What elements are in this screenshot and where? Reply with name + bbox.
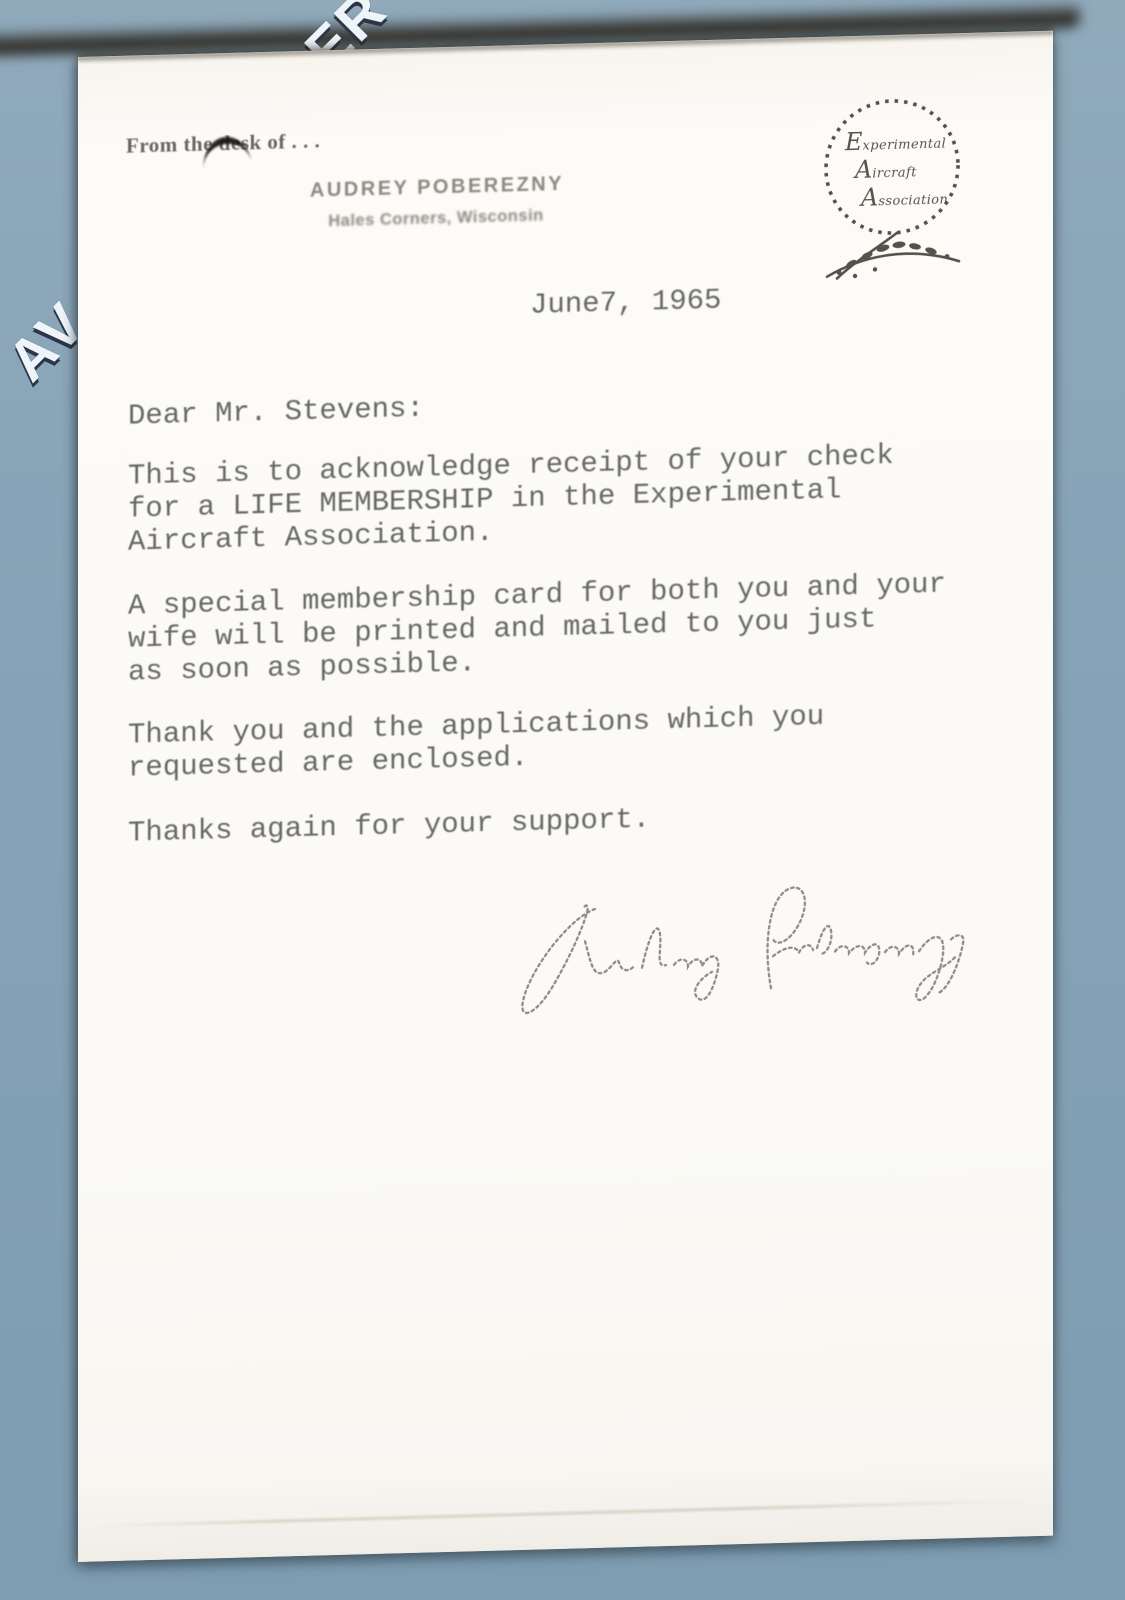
- letter-line: Thanks again for your support.: [128, 803, 650, 850]
- emblem-line-1: Experimental: [844, 126, 946, 157]
- letter-paper: From the desk of . . . AUDREY POBEREZNY …: [78, 31, 1053, 1562]
- salutation: Dear Mr. Stevens:: [128, 392, 424, 433]
- paragraph-3: Thank you and the applications which you…: [128, 700, 824, 785]
- emblem-line-2: Aircraft: [853, 154, 917, 184]
- paragraph-4: Thanks again for your support.: [128, 803, 650, 850]
- laurel-branch-icon: [827, 231, 959, 279]
- photo-background: AV ER From the desk of . . . AUDREY POBE…: [0, 0, 1125, 1600]
- signature-audrey-poberezny: Audrey Poberezny: [498, 839, 973, 1032]
- emblem-line-3: Association: [859, 181, 948, 211]
- letterhead-name: AUDREY POBEREZNY: [298, 173, 576, 204]
- eaa-emblem-icon: Experimental Aircraft Association: [791, 83, 981, 293]
- letterhead-location: Hales Corners, Wisconsin: [300, 206, 572, 232]
- letter-date: June7, 1965: [530, 284, 721, 322]
- paragraph-1: This is to acknowledge receipt of your c…: [128, 439, 894, 559]
- paper-crease: [92, 1499, 1032, 1527]
- paragraph-2: A special membership card for both you a…: [128, 568, 946, 689]
